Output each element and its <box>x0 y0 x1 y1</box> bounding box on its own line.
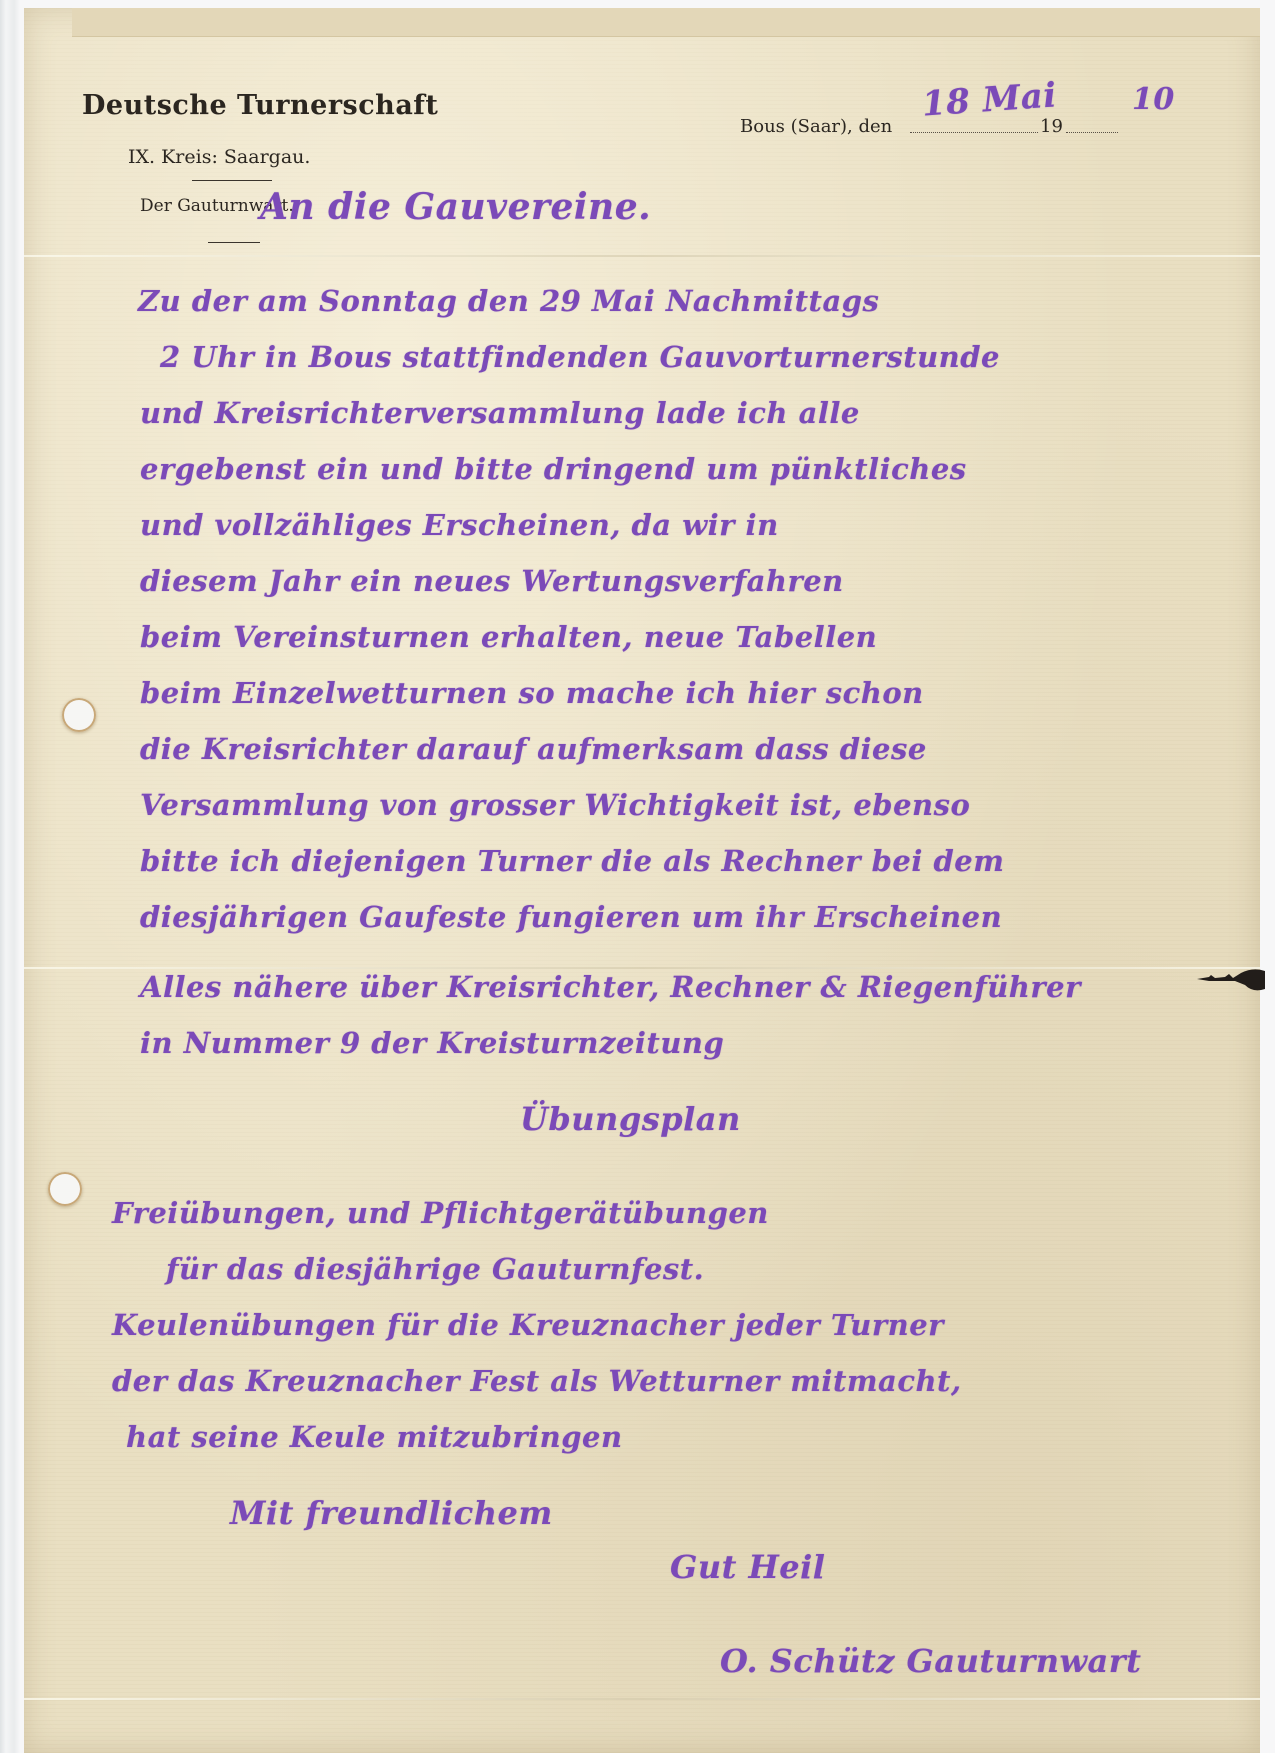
plan-line: für das diesjährige Gauturnfest. <box>166 1252 704 1286</box>
punch-hole-icon <box>62 698 96 732</box>
body-line: beim Vereinsturnen erhalten, neue Tabell… <box>140 620 877 654</box>
ornament-divider <box>208 242 260 243</box>
year-dotted-line <box>1066 132 1118 133</box>
letterhead-district: IX. Kreis: Saargau. <box>128 146 310 168</box>
plan-line: Keulenübungen für die Kreuznacher jeder … <box>112 1308 944 1342</box>
plan-heading: Übungsplan <box>520 1100 741 1138</box>
fold-line-middle <box>24 967 1260 969</box>
body-line: ergebenst ein und bitte dringend um pünk… <box>140 452 967 486</box>
ink-blot-icon <box>1195 965 1265 995</box>
handwritten-year: 10 <box>1132 82 1175 117</box>
body-line: Versammlung von grosser Wichtigkeit ist,… <box>140 788 970 822</box>
body-line: bitte ich diejenigen Turner die als Rech… <box>140 844 1004 878</box>
plan-line: hat seine Keule mitzubringen <box>126 1420 623 1454</box>
body-line: Zu der am Sonntag den 29 Mai Nachmittags <box>138 284 879 318</box>
body-line: 2 Uhr in Bous stattfindenden Gauvorturne… <box>160 340 1000 374</box>
body-line: beim Einzelwetturnen so mache ich hier s… <box>140 676 924 710</box>
body-line: die Kreisrichter darauf aufmerksam dass … <box>140 732 927 766</box>
letterhead-year-prefix: 19 <box>1040 116 1063 137</box>
fold-line-bottom <box>24 1698 1260 1700</box>
body-line: und vollzähliges Erscheinen, da wir in <box>140 508 779 542</box>
ornament-divider <box>192 180 272 181</box>
plan-line: der das Kreuznacher Fest als Wetturner m… <box>112 1364 962 1398</box>
plan-line: Freiübungen, und Pflichtgerätübungen <box>112 1196 769 1230</box>
paper-top-edge <box>72 8 1260 37</box>
letterhead-organization: Deutsche Turnerschaft <box>82 90 438 121</box>
fold-line-top <box>24 255 1260 257</box>
letterhead-place: Bous (Saar), den <box>740 116 892 137</box>
body-line: und Kreisrichterversammlung lade ich all… <box>140 396 860 430</box>
date-dotted-line <box>910 132 1038 133</box>
note-line: in Nummer 9 der Kreisturnzeitung <box>140 1026 724 1060</box>
closing-greeting: Gut Heil <box>670 1548 825 1586</box>
signature: O. Schütz Gauturnwart <box>720 1642 1141 1680</box>
note-line: Alles nähere über Kreisrichter, Rechner … <box>140 970 1081 1004</box>
letter-paper <box>24 8 1260 1753</box>
body-line: diesjährigen Gaufeste fungieren um ihr E… <box>140 900 1002 934</box>
salutation: An die Gauvereine. <box>260 186 651 228</box>
closing-phrase: Mit freundlichem <box>230 1494 553 1532</box>
punch-hole-icon <box>48 1172 82 1206</box>
body-line: diesem Jahr ein neues Wertungsverfahren <box>140 564 844 598</box>
